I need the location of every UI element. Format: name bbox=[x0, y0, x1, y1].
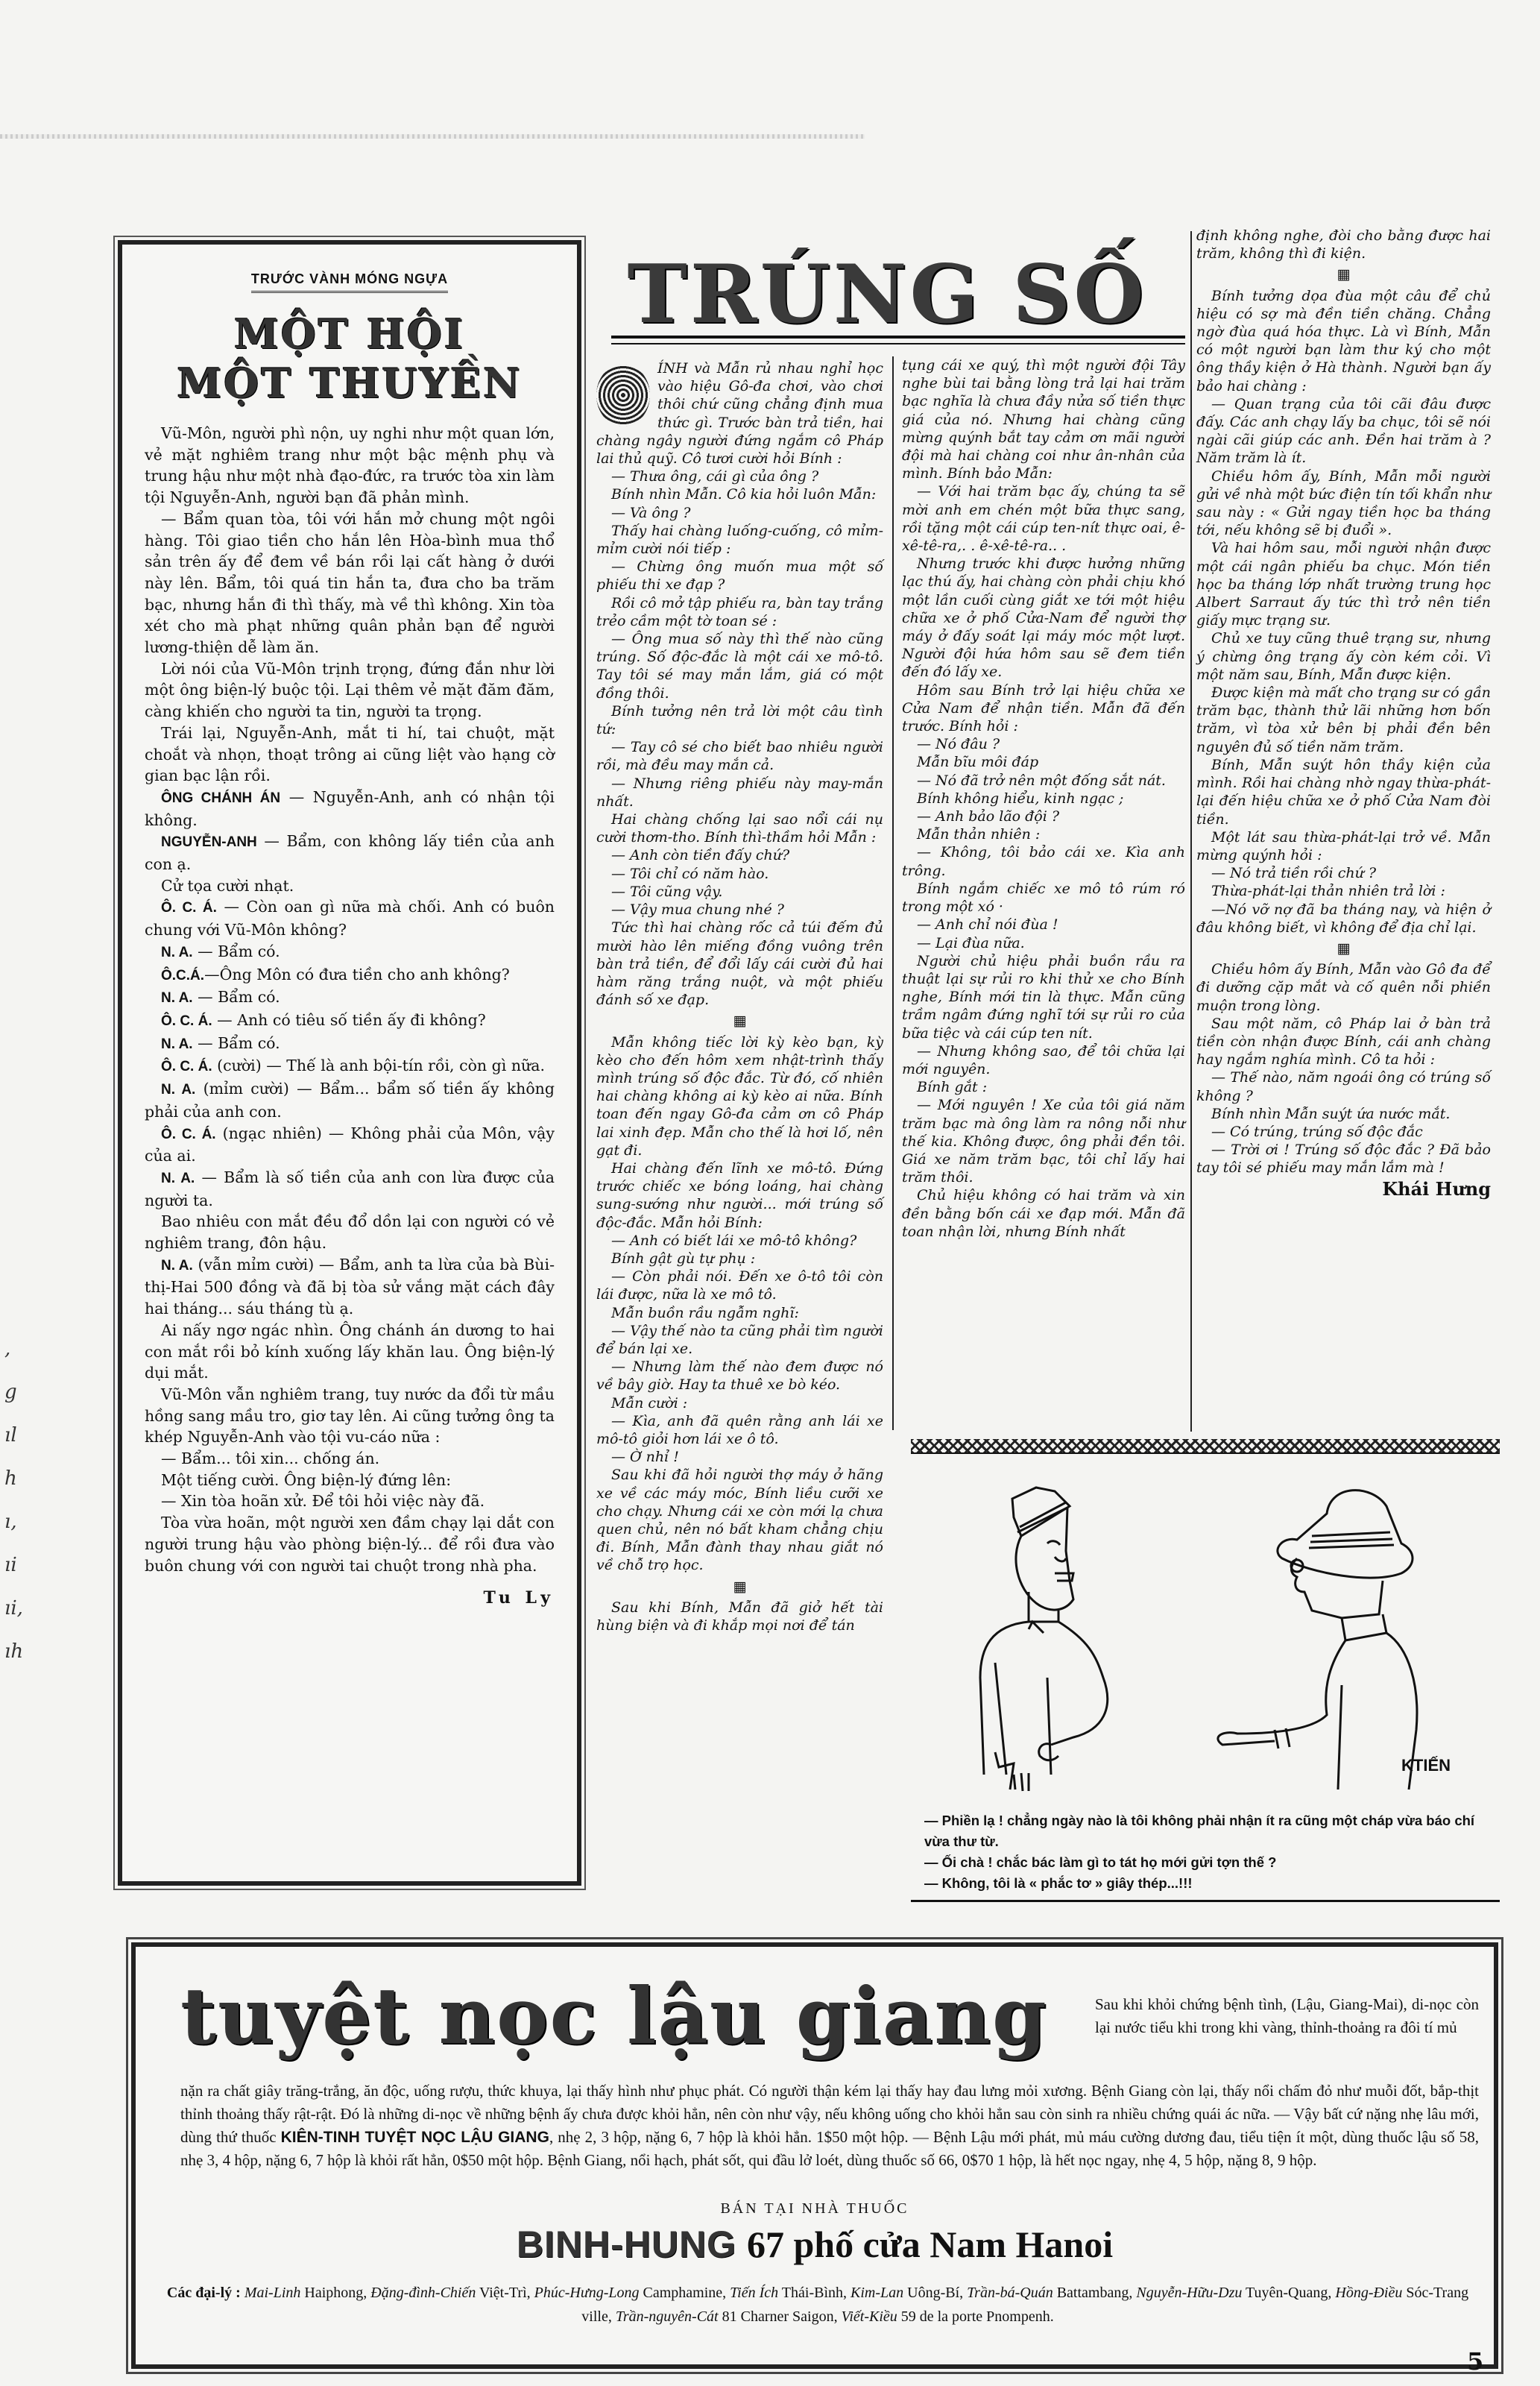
agent-name: Viết-Kiều bbox=[842, 2308, 897, 2325]
ad-body-text: nặn ra chất giây trăng-trắng, ăn độc, uố… bbox=[180, 2080, 1479, 2172]
agent-place: 81 Charner Saigon, bbox=[719, 2308, 842, 2325]
story-paragraph: Hai chàng đến lĩnh xe mô-tô. Đứng trước … bbox=[596, 1159, 883, 1232]
story-paragraph: — Thưa ông, cái gì của ông ? bbox=[596, 468, 883, 485]
story-paragraph: — Ờ nhỉ ! bbox=[596, 1448, 883, 1466]
story-paragraph: — Vậy mua chung nhé ? bbox=[596, 901, 883, 919]
margin-fragment: ıh bbox=[4, 1630, 27, 1673]
story-paragraph: Thấy hai chàng luống-cuống, cô mỉm-mỉm c… bbox=[596, 522, 883, 558]
paragraph: Ô. C. Á. — Anh có tiêu số tiền ấy đi khô… bbox=[145, 1010, 555, 1033]
story-paragraph: Bính gật gù tự phụ : bbox=[596, 1250, 883, 1268]
section-separator-icon: ▦ bbox=[1196, 939, 1491, 957]
story-paragraph: tụng cái xe quý, thì một người đội Tây n… bbox=[902, 356, 1185, 482]
story-paragraph: — Và ông ? bbox=[596, 504, 883, 522]
agent-name: Mai-Linh bbox=[244, 2285, 301, 2301]
medicine-advertisement: tuyệt nọc lậu giang Sau khi khỏi chứng b… bbox=[131, 1942, 1498, 2369]
paragraph: Một tiếng cười. Ông biện-lý đứng lên: bbox=[145, 1470, 555, 1491]
story-paragraph: — Trời ơi ! Trúng số độc đắc ? Đã bảo ta… bbox=[1196, 1141, 1491, 1177]
title-rule bbox=[611, 336, 1185, 344]
ad-intro-text: Sau khi khỏi chứng bệnh tình, (Lậu, Gian… bbox=[1095, 1993, 1479, 2039]
story-paragraph: Mẫn không tiếc lời kỳ kèo bạn, kỳ kèo ch… bbox=[596, 1033, 883, 1159]
paragraph: NGUYỄN-ANH — Bẩm, con không lấy tiền của… bbox=[145, 831, 555, 875]
ad-headline: tuyệt nọc lậu giang bbox=[180, 1975, 1048, 2057]
story-paragraph: — Lại đùa nữa. bbox=[902, 934, 1185, 952]
story-paragraph: —Nó vỡ nợ đã ba tháng nay, và hiện ở đâu… bbox=[1196, 901, 1491, 937]
story-paragraph: — Thế nào, năm ngoái ông có trúng số khô… bbox=[1196, 1068, 1491, 1104]
margin-fragment: ıi, bbox=[4, 1587, 27, 1630]
article-body: Vũ-Môn, người phì nộn, uy nghi như một q… bbox=[122, 408, 577, 1576]
story-paragraph: — Anh có biết lái xe mô-tô không? bbox=[596, 1232, 883, 1250]
caption-line: — Không, tôi là « phắc tơ » giây thép...… bbox=[924, 1873, 1498, 1894]
agent-name: Kim-Lan bbox=[851, 2285, 903, 2301]
story-column-3: định không nghe, đòi cho bằng được hai t… bbox=[1196, 227, 1491, 1198]
story-paragraph: Nhưng trước khi được hưởng những lạc thú… bbox=[902, 555, 1185, 681]
story-paragraph: — Kìa, anh đã quên rằng anh lái xe mô-tô… bbox=[596, 1412, 883, 1448]
paragraph: Tòa vừa hoãn, một người xen đầm chạy lại… bbox=[145, 1512, 555, 1576]
paragraph: — Xin tòa hoãn xử. Để tôi hỏi việc này đ… bbox=[145, 1491, 555, 1512]
article-title-line-1: MỘT HỘI bbox=[122, 309, 577, 359]
paragraph: N. A. — Bẩm có. bbox=[145, 986, 555, 1010]
product-name: KIÊN-TINH TUYỆT NỌC LẬU GIANG bbox=[281, 2129, 549, 2146]
speaker-label: Ô. C. Á. bbox=[161, 1059, 212, 1074]
story-paragraph: Được kiện mà mất cho trạng sư có gần tră… bbox=[1196, 684, 1491, 756]
margin-fragment: ıi bbox=[4, 1543, 27, 1587]
paragraph: N. A. — Bẩm có. bbox=[145, 1033, 555, 1056]
story-paragraph: Mẫn thản nhiên : bbox=[902, 825, 1185, 843]
story-paragraph: — Ông mua số này thì thế nào cũng trúng.… bbox=[596, 630, 883, 702]
column-rubric: TRƯỚC VÀNH MÓNG NGỰA bbox=[122, 271, 577, 287]
court-column-box: TRƯỚC VÀNH MÓNG NGỰA MỘT HỘI MỘT THUYỀN … bbox=[118, 240, 581, 1886]
agent-place: Camphamine, bbox=[640, 2285, 730, 2301]
speaker-label: NGUYỄN-ANH bbox=[161, 834, 257, 850]
paragraph: N. A. — Bẩm có. bbox=[145, 941, 555, 964]
paragraph: N. A. (mỉm cười) — Bẩm... bẩm số tiền ấy… bbox=[145, 1078, 555, 1122]
paragraph: Vũ-Môn, người phì nộn, uy nghi như một q… bbox=[145, 423, 555, 509]
cartoon-illustration: KTIẾN bbox=[924, 1461, 1498, 1804]
agent-place: Thái-Bình, bbox=[778, 2285, 851, 2301]
margin-fragment: h bbox=[4, 1457, 27, 1500]
story-paragraph: Thừa-phát-lại thản nhiên trả lời : bbox=[1196, 882, 1491, 900]
paragraph: — Bẩm quan tòa, tôi với hắn mở chung một… bbox=[145, 509, 555, 658]
column-divider bbox=[892, 356, 894, 1430]
story-paragraph: Bính nhìn Mẫn suýt ứa nước mắt. bbox=[1196, 1105, 1491, 1123]
story-paragraph: — Mới nguyên ! Xe của tôi giá năm trăm b… bbox=[902, 1096, 1185, 1186]
speaker-label: N. A. bbox=[161, 1258, 193, 1274]
story-paragraph: — Nó đã trở nên một đống sắt nát. bbox=[902, 772, 1185, 790]
story-paragraph: — Không, tôi bảo cái xe. Kìa anh trông. bbox=[902, 843, 1185, 879]
story-paragraph: — Tay cô sé cho biết bao nhiêu người rồi… bbox=[596, 738, 883, 774]
story-paragraph: — Nhưng làm thế nào đem được nó về bây g… bbox=[596, 1358, 883, 1394]
speaker-label: Ô. C. Á. bbox=[161, 1127, 216, 1142]
agent-name: Trần-nguyên-Cát bbox=[616, 2308, 719, 2325]
page-number: 5 bbox=[1467, 2347, 1483, 2376]
story-paragraph: — Anh bảo lão đội ? bbox=[902, 808, 1185, 825]
story-paragraph: Tức thì hai chàng rốc cả túi đếm đủ mười… bbox=[596, 919, 883, 1009]
story-paragraph: định không nghe, đòi cho bằng được hai t… bbox=[1196, 227, 1491, 262]
agent-name: Nguyễn-Hữu-Dzu bbox=[1136, 2285, 1242, 2301]
agent-place: Haiphong, bbox=[300, 2285, 370, 2301]
paragraph: N. A. (vẫn mỉm cười) — Bẩm, anh ta lừa c… bbox=[145, 1254, 555, 1320]
sold-at-label: BÁN TẠI NHÀ THUỐC bbox=[136, 2200, 1494, 2217]
paragraph: Ô. C. Á. — Còn oan gì nữa mà chối. Anh c… bbox=[145, 896, 555, 940]
agent-place: Việt-Trì, bbox=[476, 2285, 534, 2301]
margin-fragment: , bbox=[4, 1327, 27, 1370]
section-separator-icon: ▦ bbox=[596, 1578, 883, 1596]
paragraph: Ô. C. Á. (cười) — Thế là anh bội-tín rồi… bbox=[145, 1055, 555, 1078]
speaker-label: Ô. C. Á. bbox=[161, 1013, 212, 1029]
speaker-label: N. A. bbox=[161, 945, 193, 960]
story-paragraph: Bính, Mẫn suýt hôn thầy kiện của mình. R… bbox=[1196, 756, 1491, 828]
story-paragraph: Rồi cô mở tập phiếu ra, bàn tay trắng tr… bbox=[596, 594, 883, 630]
story-paragraph: Chủ hiệu không có hai trăm và xin đền bằ… bbox=[902, 1186, 1185, 1241]
story-paragraph: Bính gắt : bbox=[902, 1078, 1185, 1096]
cartoon-caption: — Phiền lạ ! chẳng ngày nào là tôi không… bbox=[924, 1810, 1498, 1894]
story-paragraph: — Nó trả tiền rồi chứ ? bbox=[1196, 864, 1491, 882]
column-divider bbox=[1190, 231, 1192, 1432]
story-column-1: B ÍNH và Mẫn rủ nhau nghỉ học vào hiệu G… bbox=[596, 359, 883, 1634]
agent-name: Đặng-đình-Chiến bbox=[370, 2285, 476, 2301]
margin-fragment: g bbox=[4, 1370, 27, 1414]
speaker-label: ÔNG CHÁNH ÁN bbox=[161, 790, 280, 806]
story-paragraph: Chiều hôm ấy, Bính, Mẫn mỗi người gửi về… bbox=[1196, 468, 1491, 540]
story-paragraph: — Chừng ông muốn mua một số phiếu thi xe… bbox=[596, 558, 883, 594]
speaker-label: N. A. bbox=[161, 990, 193, 1006]
story-paragraph: — Tôi chỉ có năm hào. bbox=[596, 865, 883, 883]
story-paragraph: Người chủ hiệu phải buồn rầu ra thuật lạ… bbox=[902, 952, 1185, 1042]
speaker-label: Ô.C.Á. bbox=[161, 968, 204, 983]
story-paragraph: Bính nhìn Mẫn. Cô kia hỏi luôn Mẫn: bbox=[596, 485, 883, 503]
speaker-label: Ô. C. Á. bbox=[161, 900, 217, 916]
caption-line: — Ối chà ! chắc bác làm gì to tát họ mới… bbox=[924, 1852, 1498, 1873]
story-paragraph: — Anh chỉ nói đùa ! bbox=[902, 916, 1185, 934]
paragraph: Ô. C. Á. (ngạc nhiên) — Không phải của M… bbox=[145, 1123, 555, 1167]
margin-fragments: ,gılhı,ıiıi,ıh bbox=[4, 1327, 27, 1673]
story-paragraph: Bính ngắm chiếc xe mô tô rúm ró trong mộ… bbox=[902, 880, 1185, 916]
section-separator-icon: ▦ bbox=[1196, 265, 1491, 283]
cartoonist-signature: KTIẾN bbox=[1401, 1756, 1451, 1775]
article-title: MỘT HỘI MỘT THUYỀN bbox=[122, 309, 577, 408]
shop-line: BINH-HUNG67 phố cửa Nam Hanoi bbox=[136, 2223, 1494, 2266]
agent-place: Battambang, bbox=[1053, 2285, 1137, 2301]
story-paragraph: — Còn phải nói. Đến xe ô-tô tôi còn lái … bbox=[596, 1268, 883, 1303]
margin-fragment: ı, bbox=[4, 1500, 27, 1543]
story-paragraph: Chủ xe tuy cũng thuê trạng sư, nhưng ý c… bbox=[1196, 629, 1491, 684]
shop-address: 67 phố cửa Nam Hanoi bbox=[747, 2223, 1113, 2265]
article-author: Tu Ly bbox=[122, 1588, 577, 1608]
section-rule bbox=[911, 1900, 1500, 1902]
agent-name: Hồng-Điều bbox=[1335, 2285, 1402, 2301]
story-paragraph: Chiều hôm ấy Bính, Mẫn vào Gô đa để đi d… bbox=[1196, 960, 1491, 1015]
agent-place: Uông-Bí, bbox=[903, 2285, 967, 2301]
paragraph: Trái lại, Nguyễn-Anh, mắt ti hí, tai chu… bbox=[145, 723, 555, 787]
story-paragraph: Sau một năm, cô Pháp lai ở bàn trả tiền … bbox=[1196, 1015, 1491, 1069]
agent-place: Tuyên-Quang, bbox=[1242, 2285, 1335, 2301]
caption-line: — Phiền lạ ! chẳng ngày nào là tôi không… bbox=[924, 1810, 1498, 1852]
story-paragraph: — Nhưng không sao, để tôi chữa lại mới n… bbox=[902, 1042, 1185, 1078]
paragraph: ÔNG CHÁNH ÁN — Nguyễn-Anh, anh có nhận t… bbox=[145, 787, 555, 831]
agents-list: Các đại-lý : Mai-Linh Haiphong, Đặng-đìn… bbox=[158, 2281, 1477, 2329]
agents-label: Các đại-lý : bbox=[167, 2285, 244, 2301]
speaker-label: N. A. bbox=[161, 1036, 193, 1052]
story-paragraph: — Có trúng, trúng số độc đắc bbox=[1196, 1123, 1491, 1141]
story-paragraph: — Nó đâu ? bbox=[902, 735, 1185, 753]
ornamental-border bbox=[911, 1439, 1500, 1454]
story-paragraph: Sau khi Bính, Mẫn đã giở hết tài hùng bi… bbox=[596, 1599, 883, 1634]
story-paragraph: Mẫn bĩu môi đáp bbox=[902, 753, 1185, 771]
story-paragraph: — Vậy thế nào ta cũng phải tìm người để … bbox=[596, 1322, 883, 1358]
story-paragraph: Bính tưởng nên trả lời một câu tình tứ: bbox=[596, 702, 883, 738]
agent-name: Phúc-Hưng-Long bbox=[534, 2285, 640, 2301]
story-paragraph: Một lát sau thừa-phát-lại trở về. Mẫn mừ… bbox=[1196, 828, 1491, 864]
story-paragraph: Hai chàng chống lại sao nổi cái nụ cười … bbox=[596, 810, 883, 846]
story-paragraph: Mẫn cười : bbox=[596, 1394, 883, 1412]
scan-edge-artifact bbox=[0, 134, 865, 139]
story-paragraph: — Nhưng riêng phiếu này may-mắn nhất. bbox=[596, 775, 883, 810]
agent-place: 59 de la porte Pnompenh. bbox=[897, 2308, 1054, 2325]
story-paragraph: Bính không hiểu, kinh ngạc ; bbox=[902, 790, 1185, 808]
paragraph: N. A. — Bẩm là số tiền của anh con lừa đ… bbox=[145, 1167, 555, 1211]
paragraph: Vũ-Môn vẫn nghiêm trang, tuy nước da đổi… bbox=[145, 1384, 555, 1448]
article-title-line-2: MỘT THUYỀN bbox=[122, 359, 577, 408]
story-column-2: tụng cái xe quý, thì một người đội Tây n… bbox=[902, 356, 1185, 1241]
story-paragraph: Hôm sau Bính trở lại hiệu chữa xe Cửa Na… bbox=[902, 682, 1185, 736]
paragraph: Lời nói của Vũ-Môn trịnh trọng, đứng đắn… bbox=[145, 658, 555, 723]
story-paragraph: Và hai hôm sau, mỗi người nhận được một … bbox=[1196, 539, 1491, 629]
paragraph: Ai nấy ngơ ngác nhìn. Ông chánh án dương… bbox=[145, 1320, 555, 1384]
story-title: TRÚNG SỐ bbox=[596, 250, 1178, 339]
story-paragraph: Sau khi đã hỏi người thợ máy ở hãng xe v… bbox=[596, 1466, 883, 1574]
story-paragraph: — Tôi cũng vậy. bbox=[596, 883, 883, 901]
shop-name: BINH-HUNG bbox=[517, 2223, 736, 2265]
paragraph: Cử tọa cười nhạt. bbox=[145, 875, 555, 897]
speaker-label: N. A. bbox=[161, 1082, 195, 1098]
story-author: Khái Hưng bbox=[1196, 1180, 1491, 1198]
two-men-drawing-icon: KTIẾN bbox=[924, 1461, 1498, 1804]
agent-name: Tiến Ích bbox=[730, 2285, 778, 2301]
agent-name: Trần-bá-Quán bbox=[967, 2285, 1053, 2301]
paragraph: Bao nhiêu con mắt đều đổ dồn lại con ngư… bbox=[145, 1211, 555, 1253]
story-paragraph: Mẫn buồn rầu ngẫm nghĩ: bbox=[596, 1304, 883, 1322]
story-paragraph: — Anh còn tiền đấy chứ? bbox=[596, 846, 883, 864]
dropcap-ornament-icon: B bbox=[596, 364, 650, 426]
speaker-label: N. A. bbox=[161, 1171, 195, 1186]
paragraph: Ô.C.Á.—Ông Môn có đưa tiền cho anh không… bbox=[145, 964, 555, 987]
story-paragraph: — Quan trạng của tôi cãi đâu được đấy. C… bbox=[1196, 395, 1491, 468]
story-paragraph: Bính tưởng dọa đùa một câu để chủ hiệu c… bbox=[1196, 287, 1491, 395]
margin-fragment: ıl bbox=[4, 1414, 27, 1457]
paragraph: — Bẩm... tôi xin... chống án. bbox=[145, 1448, 555, 1470]
story-paragraph: — Với hai trăm bạc ấy, chúng ta sẽ mời a… bbox=[902, 482, 1185, 555]
section-separator-icon: ▦ bbox=[596, 1012, 883, 1030]
